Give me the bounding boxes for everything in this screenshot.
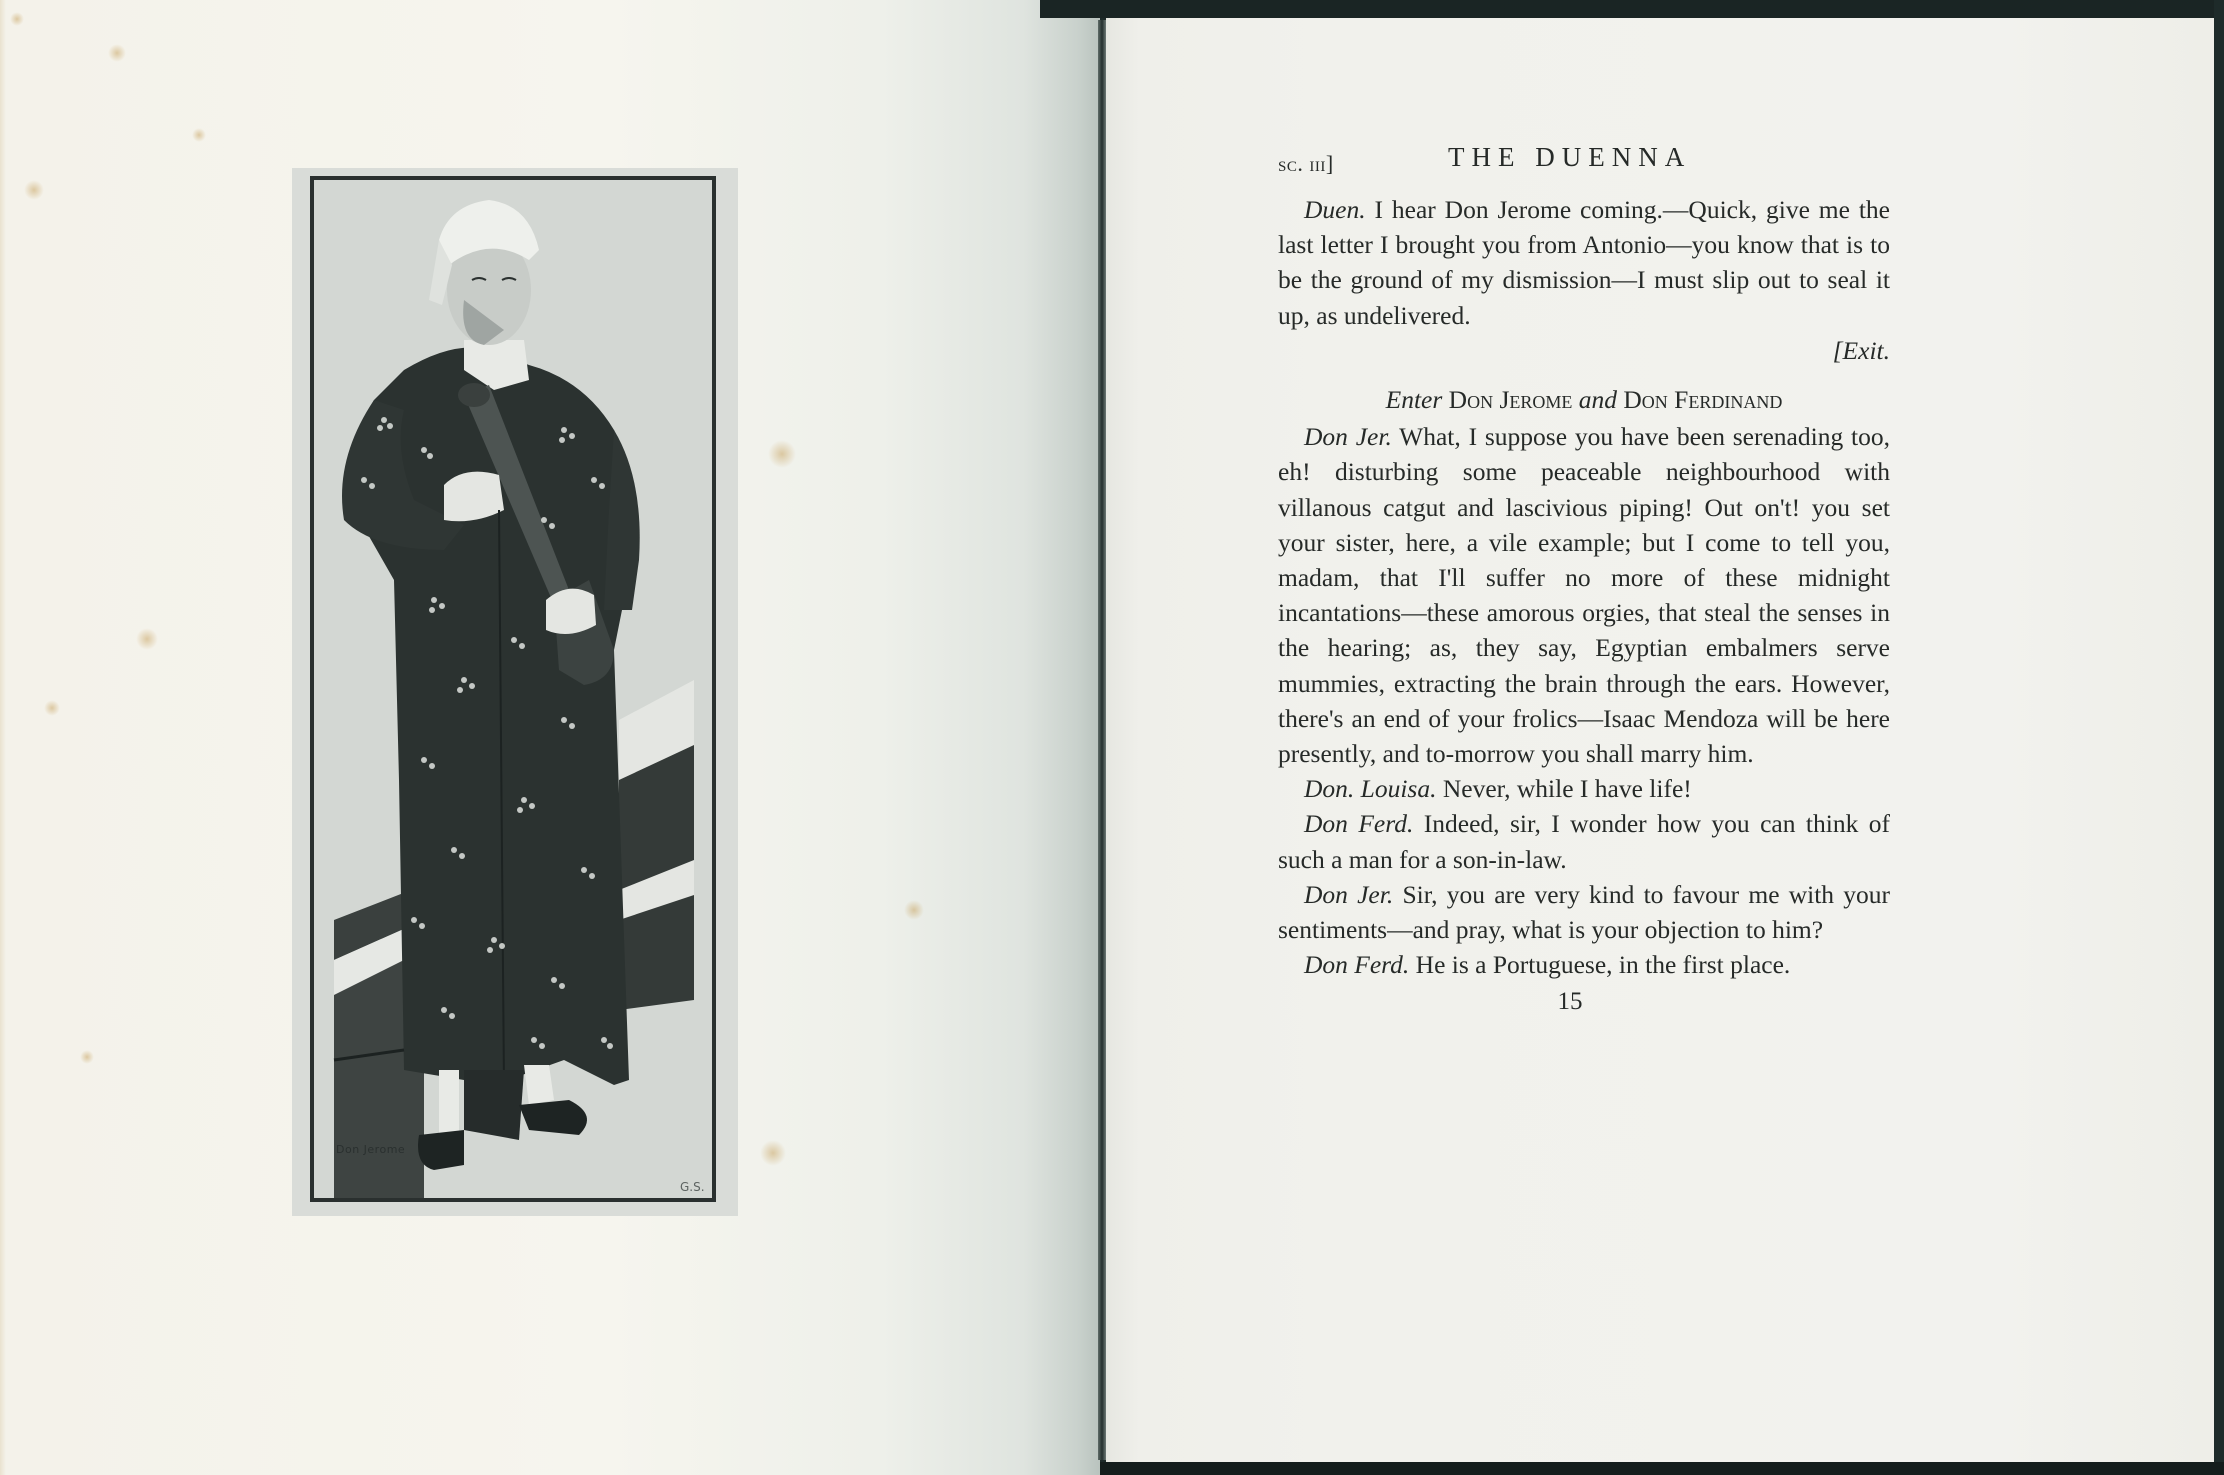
foxing-spot [760, 1140, 786, 1166]
stage-exit: [Exit. [1278, 333, 1890, 368]
speech-text: I hear Don Jerome coming.—Quick, give me… [1278, 195, 1890, 330]
foxing-spot [904, 900, 924, 920]
speech-louisa: Don. Louisa. Never, while I have life! [1278, 771, 1890, 806]
book-title-header: THE DUENNA [1448, 140, 1691, 175]
book-cover-bottom [1100, 1462, 2224, 1475]
page-edge [0, 0, 6, 1475]
speaker-label: Don Jer. [1304, 422, 1392, 451]
speaker-label: Don. Louisa. [1304, 774, 1436, 803]
book-cover-edge [2214, 0, 2224, 1475]
speaker-label: Don Jer. [1304, 880, 1393, 909]
book-cover-top [1040, 0, 2224, 18]
foxing-spot [10, 12, 24, 26]
foxing-spot [24, 180, 44, 200]
speech-don-jerome: Don Jer. Sir, you are very kind to favou… [1278, 877, 1890, 947]
running-head: sc. iii] THE DUENNA [1278, 140, 1890, 184]
speech-don-ferdinand: Don Ferd. Indeed, sir, I wonder how you … [1278, 806, 1890, 876]
stage-direction-enter: Enter Don Jerome and Don Ferdinand [1278, 382, 1890, 417]
speech-text: What, I suppose you have been serenading… [1278, 422, 1890, 768]
speech-text: He is a Portuguese, in the first place. [1416, 950, 1791, 979]
speech-don-jerome: Don Jer. What, I suppose you have been s… [1278, 419, 1890, 771]
foxing-spot [44, 700, 60, 716]
speech-don-ferdinand: Don Ferd. He is a Portuguese, in the fir… [1278, 947, 1890, 982]
foxing-spot [136, 628, 158, 650]
illustration-plate: Don Jerome G.S. [292, 168, 738, 1216]
foxing-spot [80, 1050, 94, 1064]
book-spread: Don Jerome G.S. sc. iii] THE DUENNA Duen… [0, 0, 2224, 1475]
speaker-label: Don Ferd. [1304, 809, 1413, 838]
speaker-label: Duen. [1304, 195, 1366, 224]
foxing-spot [108, 44, 126, 62]
scene-marker: sc. iii] [1278, 146, 1334, 181]
speech-text: Never, while I have life! [1443, 774, 1692, 803]
book-gutter [1098, 20, 1106, 1460]
speech-duenna: Duen. I hear Don Jerome coming.—Quick, g… [1278, 192, 1890, 333]
artist-initials: G.S. [680, 1180, 705, 1194]
page-text-block: sc. iii] THE DUENNA Duen. I hear Don Jer… [1278, 140, 1890, 1020]
illustration-caption: Don Jerome [336, 1143, 405, 1156]
left-page: Don Jerome G.S. [0, 0, 1100, 1475]
speaker-label: Don Ferd. [1304, 950, 1409, 979]
don-jerome-portrait [314, 180, 712, 1198]
foxing-spot [192, 128, 206, 142]
foxing-spot [768, 440, 796, 468]
page-number: 15 [1278, 984, 1890, 1019]
